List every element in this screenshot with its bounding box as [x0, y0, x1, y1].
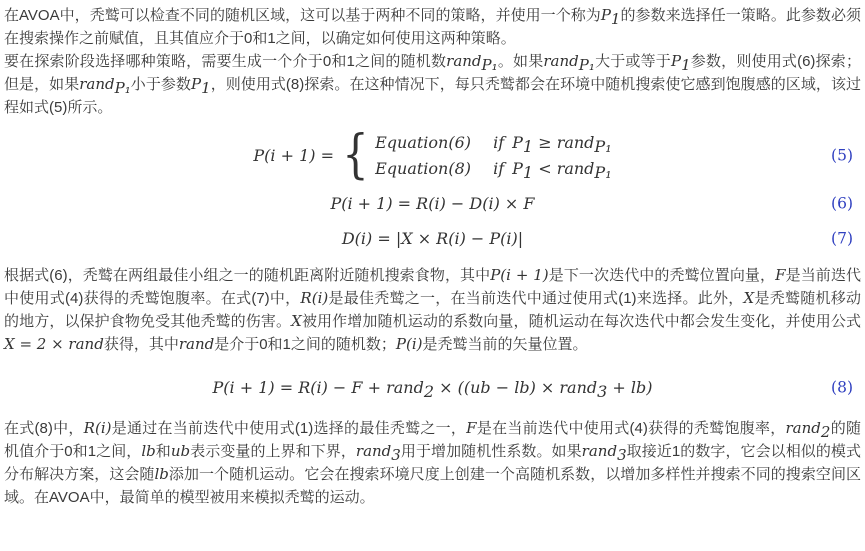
math-run: F — [466, 419, 476, 437]
paragraph-3: 根据式(6)，秃鹫在两组最佳小组之一的随机距离附近随机搜索食物，其中P(i + … — [4, 264, 861, 356]
math-subscript: P₁ — [482, 56, 498, 74]
math-subscript: P₁ — [594, 137, 611, 156]
math-run: P — [601, 6, 611, 24]
math-subscript: 1 — [523, 163, 533, 182]
equation-7-body: D(i) = |X × R(i) − P(i)| — [342, 227, 523, 250]
equation-5-case-2: Equation(8) if P1 < randP₁ — [375, 157, 612, 180]
math-run: P — [671, 52, 681, 70]
math-run: if P — [493, 159, 523, 178]
case-1-condition: if P1 ≥ randP₁ — [493, 131, 612, 154]
math-run: P(i + 1) = R(i) − F + rand — [212, 378, 423, 397]
math-run: ub — [171, 442, 190, 460]
paragraph-2: 要在探索阶段选择哪种策略，需要生成一个介于0和1之间的随机数randP₁。如果r… — [4, 50, 861, 119]
text-run: 是最佳秃鹫之一，在当前迭代中通过使用式(1)来选择。此外， — [328, 290, 743, 307]
math-run: rand — [543, 52, 578, 70]
text-run: 是在当前迭代中使用式(4)获得的秃鹫饱腹率， — [477, 420, 786, 437]
equation-8-body: P(i + 1) = R(i) − F + rand2 × ((ub − lb)… — [212, 376, 652, 399]
math-run: P(i + 1) = — [253, 146, 334, 165]
math-run: P(i + 1) — [490, 266, 548, 284]
math-run: P(i + 1) = R(i) − D(i) × F — [330, 194, 534, 213]
equation-block-8: P(i + 1) = R(i) − F + rand2 × ((ub − lb)… — [4, 376, 861, 399]
text-run: 被用作增加随机运动的系数向量，随机运动在每次迭代中都会发生变化，并使用公式 — [302, 313, 861, 330]
math-subscript: 2 — [821, 423, 831, 441]
math-subscript: 1 — [201, 79, 211, 97]
math-run: P — [191, 75, 201, 93]
math-run: X = 2 × rand — [4, 335, 104, 353]
math-run: rand — [786, 419, 821, 437]
text-run: 用于增加随机性系数。如果 — [401, 443, 582, 460]
math-run: Equation(8) — [375, 159, 471, 178]
equation-5-body: P(i + 1) = { Equation(6) if P1 ≥ randP₁ … — [253, 131, 611, 180]
text-run: 。如果 — [498, 53, 544, 70]
math-run: lb — [141, 442, 155, 460]
text-run: 获得，其中 — [104, 336, 179, 353]
left-brace: { — [342, 131, 368, 180]
text-run: 是秃鹫当前的矢量位置。 — [423, 336, 588, 353]
math-run: D(i) = |X × R(i) − P(i)| — [342, 229, 523, 248]
math-subscript: P₁ — [579, 56, 595, 74]
text-run: 要在探索阶段选择哪种策略，需要生成一个介于0和1之间的随机数 — [4, 53, 446, 70]
text-run: 根据式(6)，秃鹫在两组最佳小组之一的随机距离附近随机搜索食物，其中 — [4, 267, 490, 284]
math-run: if P — [493, 133, 523, 152]
math-subscript: P₁ — [115, 79, 131, 97]
paragraph-1: 在AVOA中，秃鹫可以检查不同的随机区域，这可以基于两种不同的策略，并使用一个称… — [4, 4, 861, 50]
text-run: 大于或等于 — [595, 53, 671, 70]
math-subscript: 3 — [391, 446, 401, 464]
math-run: × ((ub − lb) × rand — [434, 378, 597, 397]
math-subscript: 3 — [597, 383, 607, 402]
math-subscript: P₁ — [594, 163, 611, 182]
math-subscript: 1 — [681, 56, 691, 74]
math-subscript: 1 — [523, 137, 533, 156]
math-run: rand — [356, 442, 391, 460]
math-run: rand — [179, 335, 214, 353]
math-run: rand — [79, 75, 114, 93]
math-run: X — [744, 289, 755, 307]
text-run: 小于参数 — [131, 76, 191, 93]
math-run: < rand — [533, 159, 594, 178]
math-run: Equation(6) — [375, 133, 471, 152]
equation-block-5: P(i + 1) = { Equation(6) if P1 ≥ randP₁ … — [4, 131, 861, 180]
equation-5-lhs: P(i + 1) = — [253, 144, 334, 167]
equation-number-6: (6) — [831, 192, 853, 215]
math-run: lb — [154, 465, 168, 483]
equation-number-8: (8) — [831, 376, 853, 399]
math-run: + lb) — [607, 378, 652, 397]
equation-number-5: (5) — [831, 144, 853, 167]
math-run: R(i) — [84, 419, 112, 437]
case-1-expression: Equation(6) — [375, 131, 493, 154]
math-run: X — [291, 312, 302, 330]
equation-block-7: D(i) = |X × R(i) − P(i)| (7) — [4, 227, 861, 250]
text-run: 表示变量的上界和下界， — [190, 443, 356, 460]
text-run: 是介于0和1之间的随机数； — [214, 336, 396, 353]
equation-block-6: P(i + 1) = R(i) − D(i) × F (6) — [4, 192, 861, 215]
case-2-condition: if P1 < randP₁ — [493, 157, 612, 180]
equation-5-cases: Equation(6) if P1 ≥ randP₁ Equation(8) i… — [375, 131, 612, 180]
equation-number-7: (7) — [831, 227, 853, 250]
math-run: P(i) — [396, 335, 423, 353]
math-run: rand — [446, 52, 481, 70]
text-run: 是通过在当前迭代中使用式(1)选择的最佳秃鹫之一， — [111, 420, 466, 437]
math-run: F — [775, 266, 785, 284]
text-run: 在AVOA中，秃鹫可以检查不同的随机区域，这可以基于两种不同的策略，并使用一个称… — [4, 7, 601, 24]
math-subscript: 2 — [424, 383, 434, 402]
math-run: ≥ rand — [533, 133, 594, 152]
math-run: R(i) — [300, 289, 328, 307]
math-subscript: 3 — [617, 446, 627, 464]
equation-6-body: P(i + 1) = R(i) − D(i) × F — [330, 192, 534, 215]
text-run: 在式(8)中， — [4, 420, 84, 437]
paragraph-4: 在式(8)中，R(i)是通过在当前迭代中使用式(1)选择的最佳秃鹫之一，F是在当… — [4, 417, 861, 509]
text-run: 和 — [156, 443, 171, 460]
text-run: 是下一次迭代中的秃鹫位置向量， — [549, 267, 775, 284]
math-run: rand — [582, 442, 617, 460]
document-body: 在AVOA中，秃鹫可以检查不同的随机区域，这可以基于两种不同的策略，并使用一个称… — [0, 0, 865, 551]
equation-5-case-1: Equation(6) if P1 ≥ randP₁ — [375, 131, 612, 154]
case-2-expression: Equation(8) — [375, 157, 493, 180]
